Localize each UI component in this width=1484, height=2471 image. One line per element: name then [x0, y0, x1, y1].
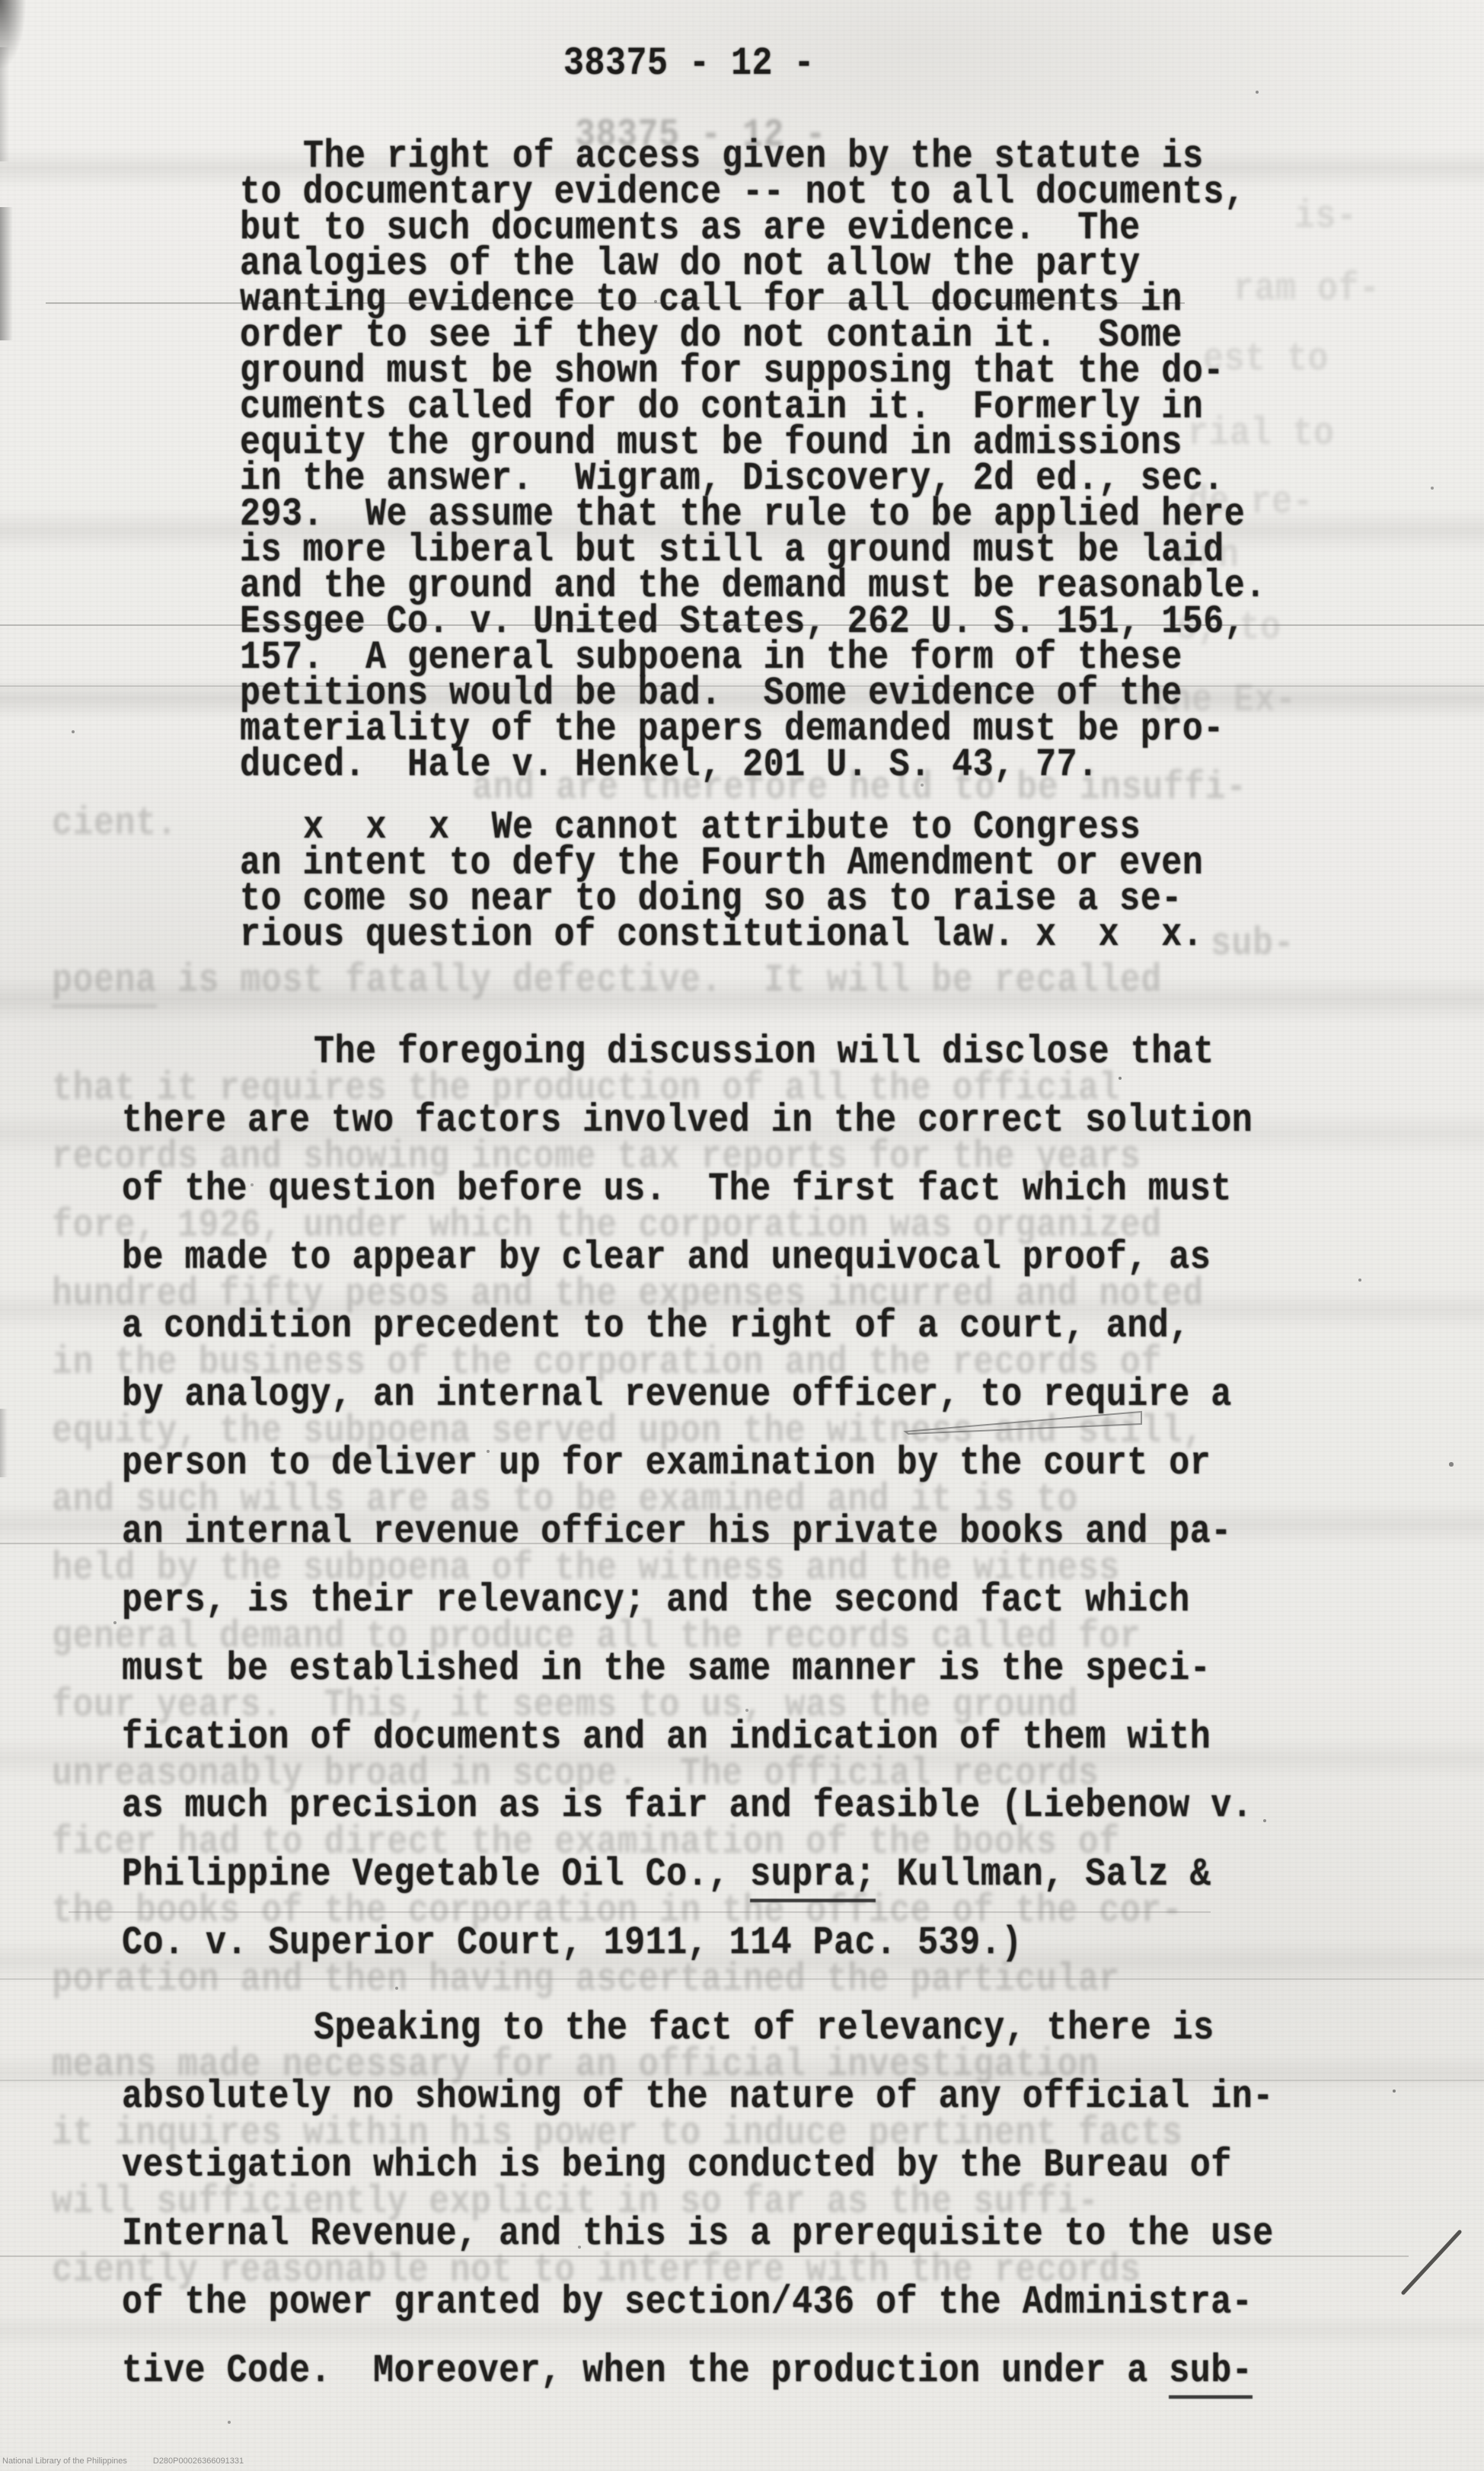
scanned-document-page: 38375 - 12 - 38375 - 12 -and are therefo…: [0, 0, 1484, 2471]
footer-library-label: National Library of the Philippines: [2, 2457, 127, 2466]
edge-smudge: [0, 47, 9, 161]
typewritten-line: Internal Revenue, and this is a prerequi…: [122, 2211, 1274, 2256]
typewritten-line: The foregoing discussion will disclose t…: [314, 1030, 1214, 1074]
typewritten-line: by analogy, an internal revenue officer,…: [122, 1372, 1232, 1417]
page-number-header: 38375 - 12 -: [563, 41, 815, 86]
typewritten-line: tive Code. Moreover, when the production…: [122, 2348, 1253, 2393]
typewritten-line: an internal revenue officer his private …: [122, 1509, 1232, 1554]
ghost-line: is-: [1294, 194, 1358, 239]
pen-check-mark: [1397, 2227, 1466, 2296]
typewritten-line: person to deliver up for examination by …: [122, 1441, 1211, 1486]
typewritten-line: as much precision as is fair and feasibl…: [122, 1783, 1253, 1828]
typewritten-line: Philippine Vegetable Oil Co., supra; Kul…: [122, 1852, 1211, 1897]
edge-smudge: [0, 1409, 8, 1477]
typewritten-line: fication of documents and an indication …: [122, 1715, 1211, 1760]
typewritten-line: vestigation which is being conducted by …: [122, 2143, 1232, 2188]
typewritten-line: be made to appear by clear and unequivoc…: [122, 1235, 1211, 1280]
edge-smudge: [0, 207, 13, 340]
ghost-line: rial to: [1188, 411, 1335, 456]
ghost-line: poena is most fatally defective. It will…: [52, 958, 1162, 1003]
ghost-line: ram of-: [1233, 267, 1380, 311]
typewritten-line: absolutely no showing of the nature of a…: [122, 2074, 1274, 2119]
typewritten-line: there are two factors involved in the co…: [122, 1098, 1253, 1143]
typewritten-line: a condition precedent to the right of a …: [122, 1304, 1190, 1349]
typewritten-line: of the question before us. The first fac…: [122, 1167, 1232, 1212]
typewritten-line: duced. Hale v. Henkel, 201 U. S. 43, 77.: [240, 742, 1099, 787]
typewritten-line: Speaking to the fact of relevancy, there…: [314, 2006, 1214, 2051]
dust-specks: [0, 0, 2, 2]
ghost-line: cient.: [52, 801, 177, 846]
typewritten-line: pers, is their relevancy; and the second…: [122, 1578, 1190, 1623]
scanner-footer: National Library of the Philippines D280…: [2, 2457, 244, 2466]
typewritten-line: must be established in the same manner i…: [122, 1646, 1211, 1691]
edge-smudge: [0, 0, 26, 69]
typewritten-line: rious question of constitutional law. x …: [240, 912, 1203, 957]
typewritten-line: Co. v. Superior Court, 1911, 114 Pac. 53…: [122, 1920, 1023, 1965]
ghost-line: sub-: [1211, 921, 1294, 966]
typewritten-line: of the power granted by section/436 of t…: [122, 2280, 1253, 2325]
footer-scan-code: D280P00026366091331: [153, 2457, 244, 2466]
